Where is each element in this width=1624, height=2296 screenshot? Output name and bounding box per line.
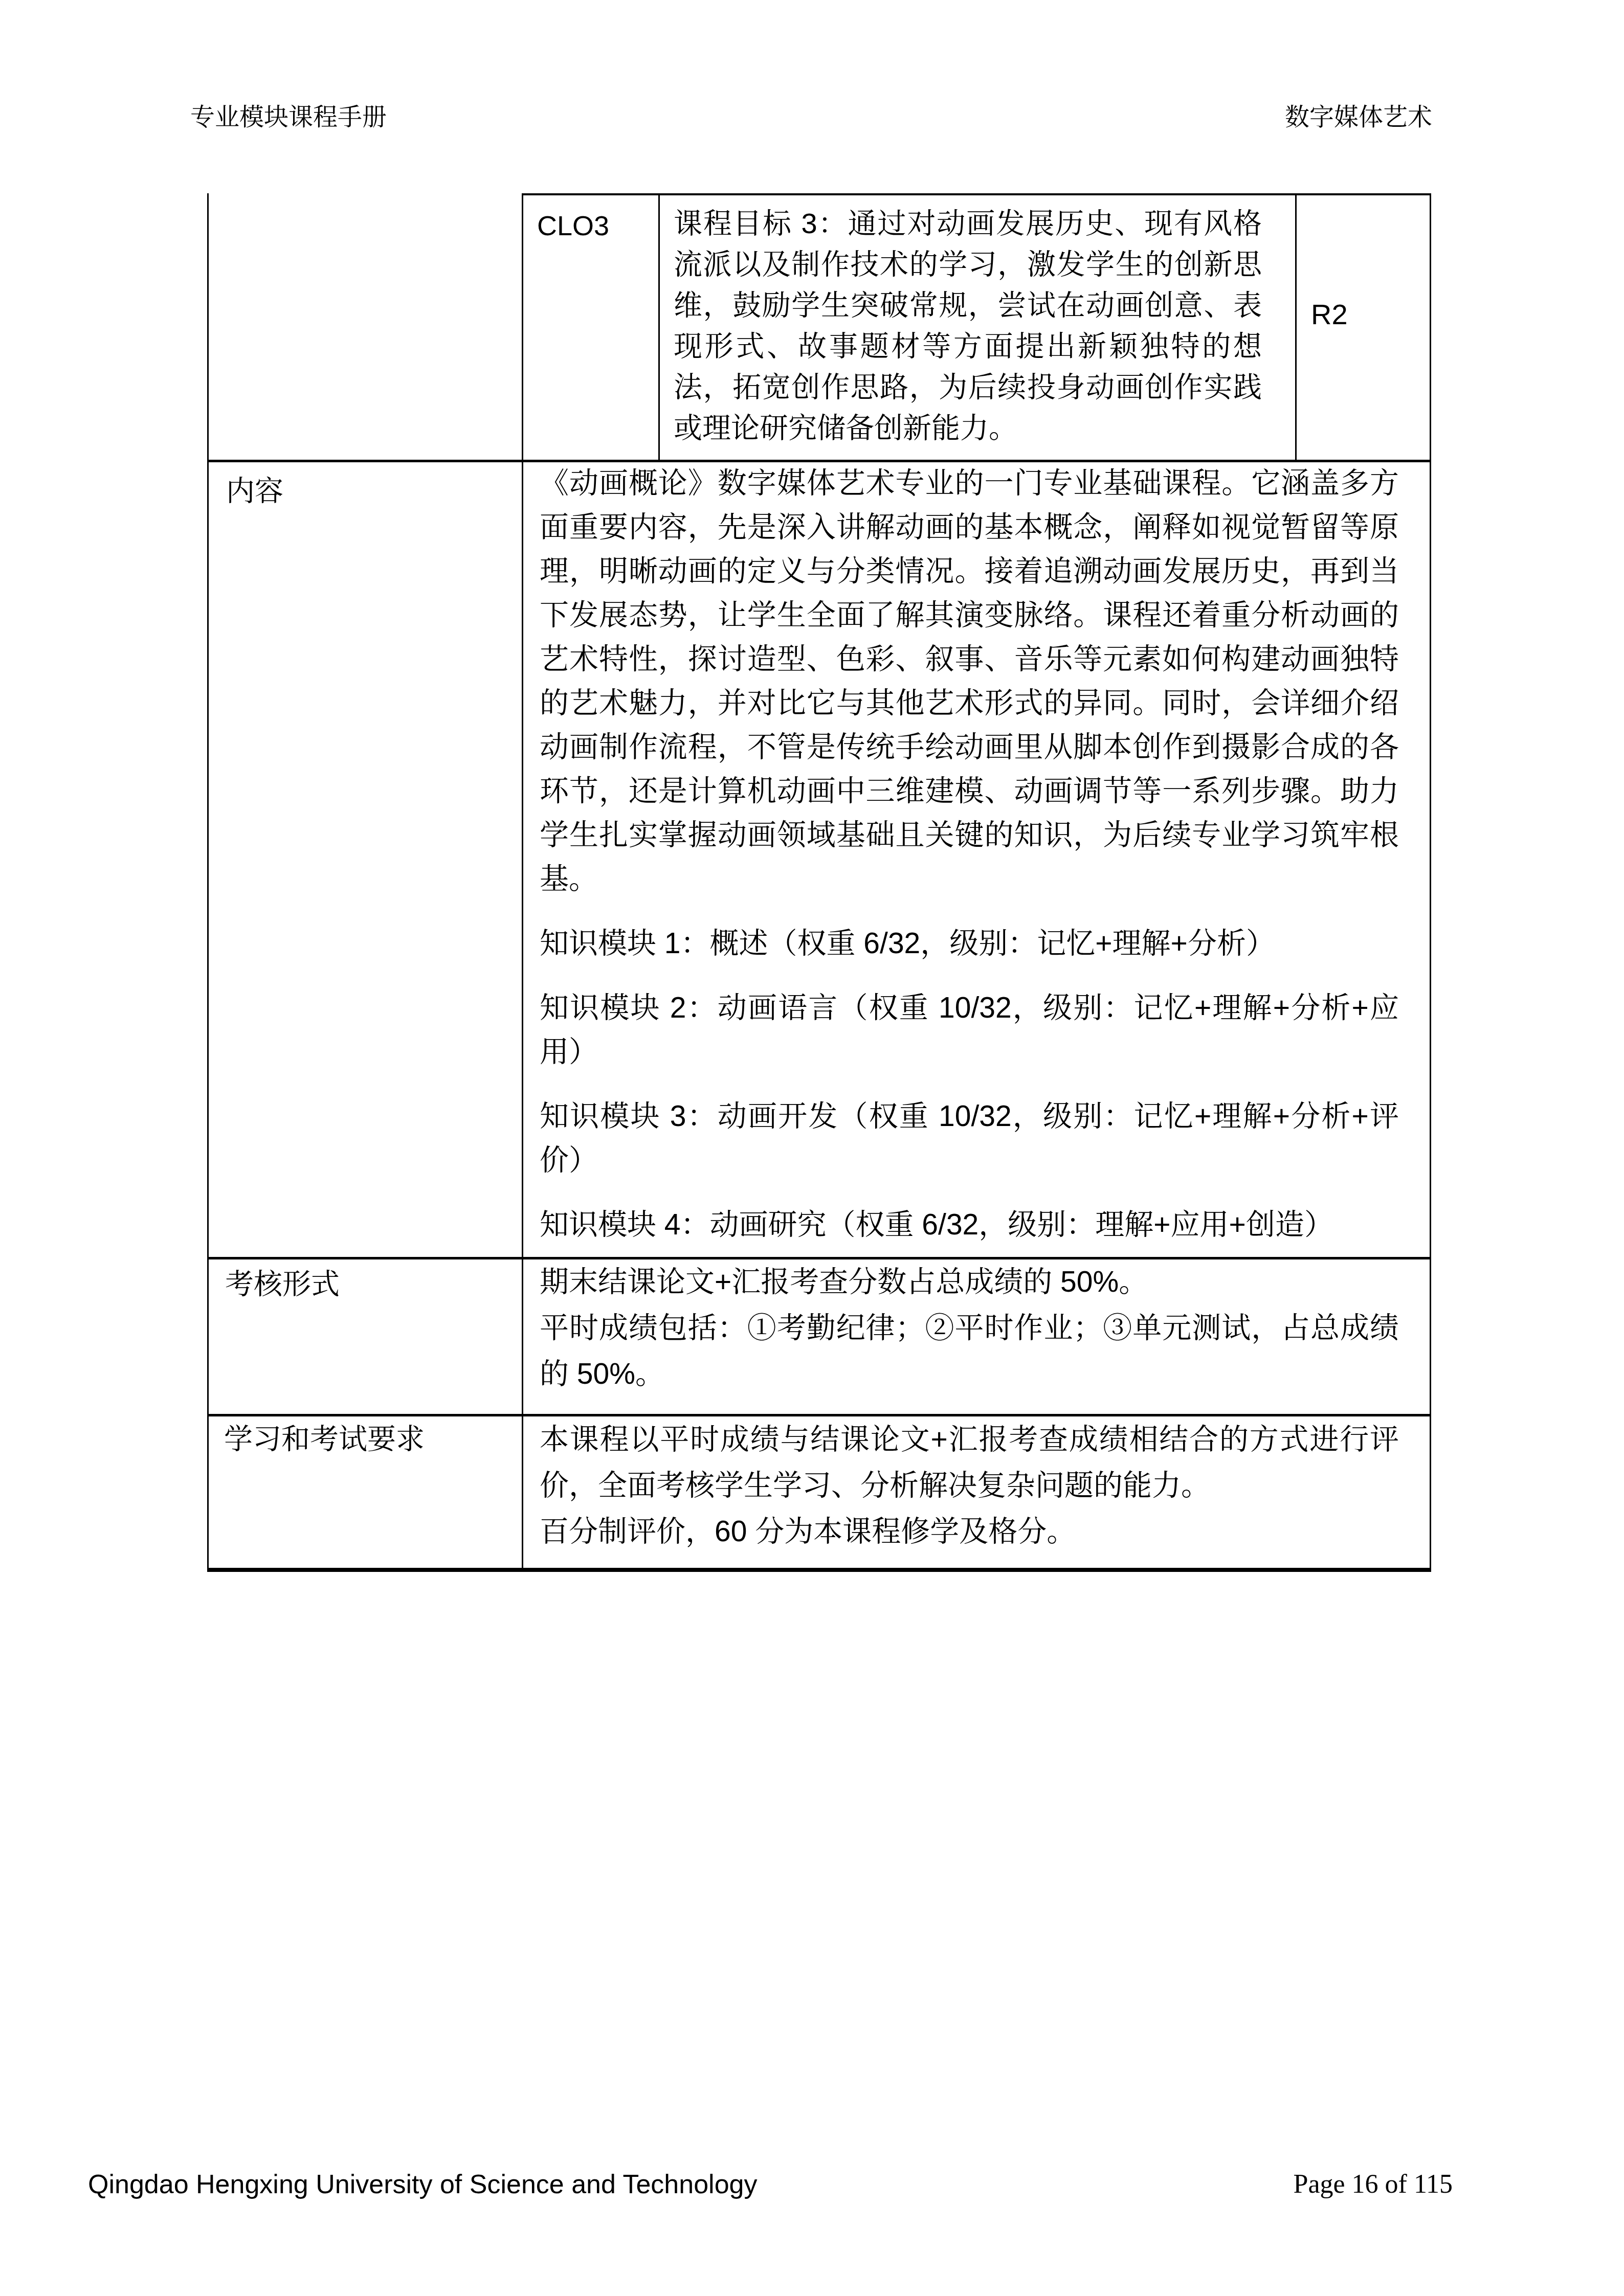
header-left-title: 专业模块课程手册 xyxy=(190,102,387,133)
requirements-line-2: 百分制评价，60 分为本课程修学及格分。 xyxy=(540,1509,1399,1555)
assessment-line-1: 期末结课论文+汇报考查分数占总成绩的 50%。 xyxy=(540,1259,1399,1305)
knowledge-module-3: 知识模块 3：动画开发（权重 10/32，级别：记忆+理解+分析+评价） xyxy=(540,1094,1399,1182)
footer-university-name: Qingdao Hengxing University of Science a… xyxy=(88,2169,758,2200)
knowledge-module-4: 知识模块 4：动画研究（权重 6/32，级别：理解+应用+创造） xyxy=(540,1203,1399,1247)
table-column-divider-desc-req xyxy=(1295,193,1297,460)
clo3-code-cell: CLO3 xyxy=(537,211,609,241)
table-border-bottom xyxy=(207,1568,1431,1572)
footer-page-number: Page 16 of 115 xyxy=(1146,2169,1453,2200)
assessment-row-body: 期末结课论文+汇报考查分数占总成绩的 50%。 平时成绩包括：①考勤纪律；②平时… xyxy=(540,1259,1399,1397)
table-border-right xyxy=(1430,193,1431,1572)
clo3-description-cell: 课程目标 3：通过对动画发展历史、现有风格流派以及制作技术的学习，激发学生的创新… xyxy=(674,203,1262,448)
content-row-body: 《动画概论》数字媒体艺术专业的一门专业基础课程。它涵盖多方面重要内容，先是深入讲… xyxy=(540,461,1399,1247)
clo3-requirement-cell: R2 xyxy=(1311,299,1348,330)
table-border-left xyxy=(207,193,209,1572)
requirements-row-label: 学习和考试要求 xyxy=(224,1424,425,1454)
requirements-line-1: 本课程以平时成绩与结课论文+汇报考查成绩相结合的方式进行评价，全面考核学生学习、… xyxy=(540,1416,1399,1509)
knowledge-module-1: 知识模块 1：概述（权重 6/32，级别：记忆+理解+分析） xyxy=(540,921,1399,965)
requirements-row-body: 本课程以平时成绩与结课论文+汇报考查成绩相结合的方式进行评价，全面考核学生学习、… xyxy=(540,1416,1399,1555)
header-right-title: 数字媒体艺术 xyxy=(1176,102,1432,133)
assessment-line-2: 平时成绩包括：①考勤纪律；②平时作业；③单元测试，占总成绩的 50%。 xyxy=(540,1305,1399,1397)
content-row-label: 内容 xyxy=(226,476,283,506)
assessment-row-label: 考核形式 xyxy=(225,1269,340,1299)
document-page: 专业模块课程手册 数字媒体艺术 CLO3 课程目标 3：通过对动画发展历史、现有… xyxy=(0,0,1624,2296)
content-intro-paragraph: 《动画概论》数字媒体艺术专业的一门专业基础课程。它涵盖多方面重要内容，先是深入讲… xyxy=(540,461,1399,901)
knowledge-module-2: 知识模块 2：动画语言（权重 10/32，级别：记忆+理解+分析+应用） xyxy=(540,986,1399,1074)
table-column-divider-clo-desc xyxy=(658,193,660,460)
table-column-divider-labels xyxy=(522,193,523,1572)
